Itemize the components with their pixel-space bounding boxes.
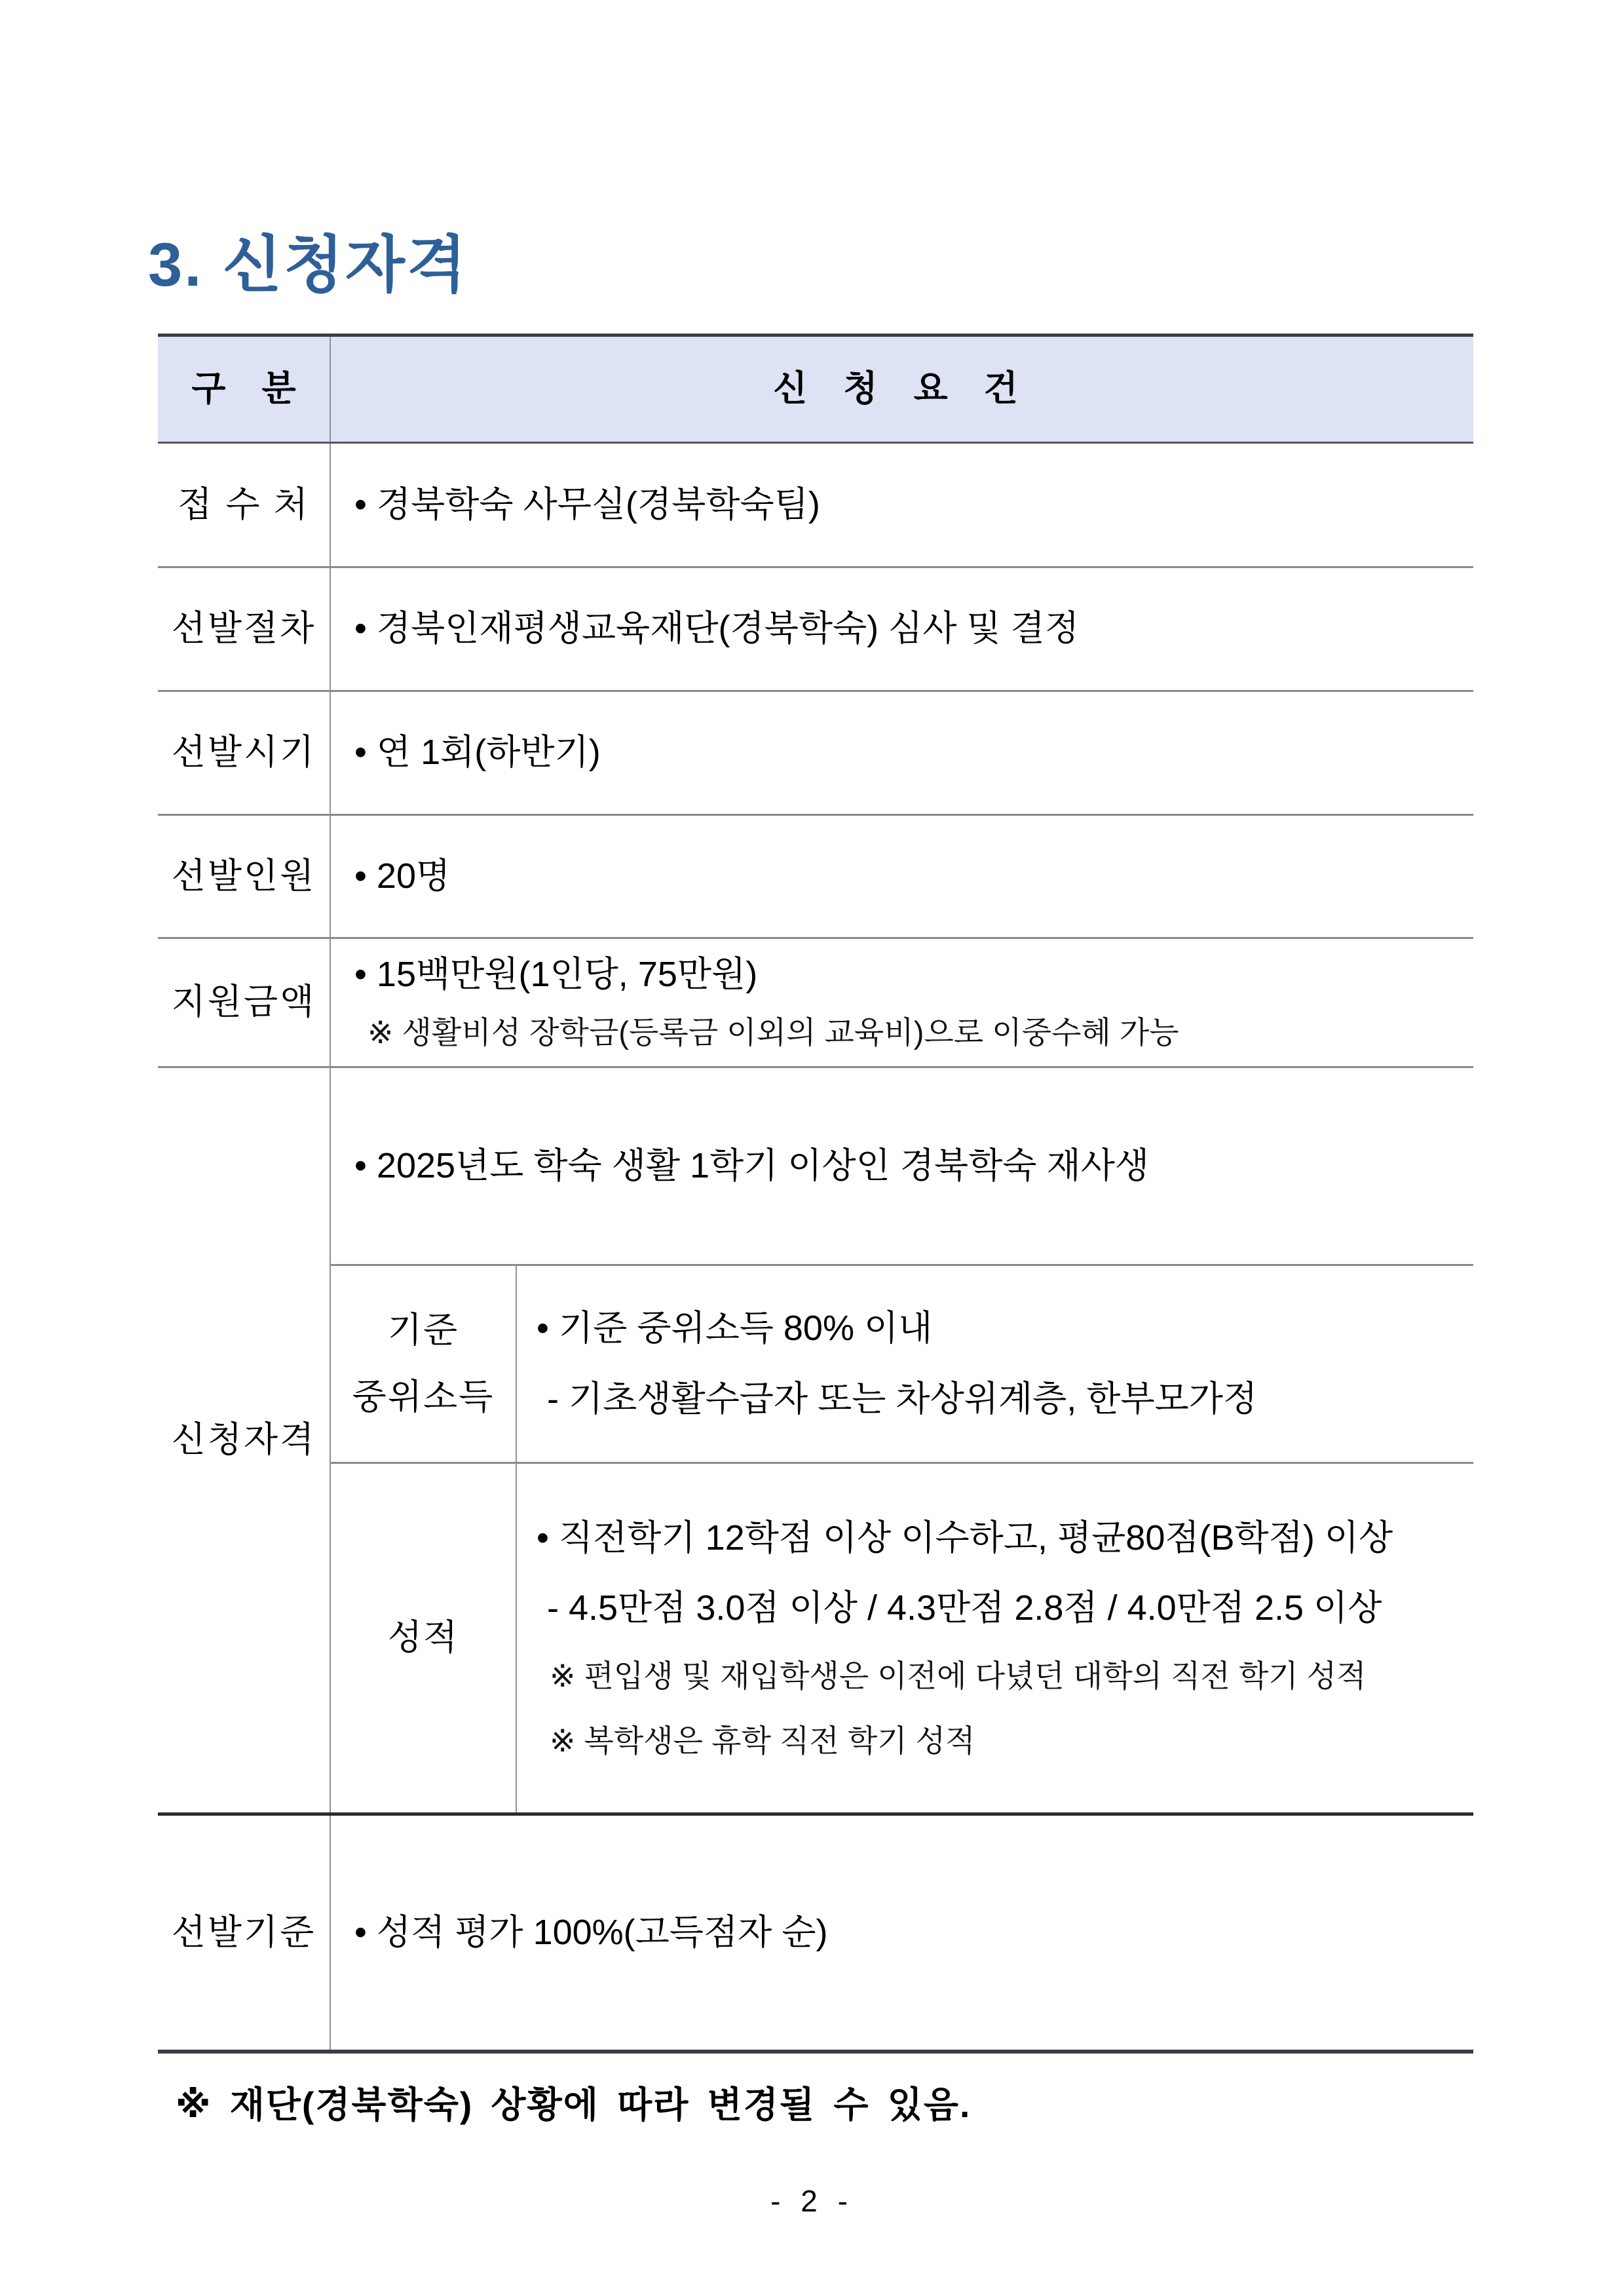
row-label-criteria: 선발기준 xyxy=(158,1816,331,2050)
reception-text: • 경북학숙 사무실(경북학숙팀) xyxy=(354,483,1460,527)
income-text-line1: • 기준 중위소득 80% 이내 xyxy=(537,1307,1463,1351)
table-row-eligibility: 신청자격 • 2025년도 학숙 생활 1학기 이상인 경북학숙 재사생 기준 … xyxy=(158,1068,1473,1816)
table-row-procedure: 선발절차 • 경북인재평생교육재단(경북학숙) 심사 및 결정 xyxy=(158,568,1473,692)
subrow-grade: 성적 • 직전학기 12학점 이상 이수하고, 평균80점(B학점) 이상 - … xyxy=(331,1464,1473,1812)
row-label-eligibility: 신청자격 xyxy=(158,1068,331,1812)
subrow-income-label: 기준 중위소득 xyxy=(331,1266,517,1463)
criteria-text: • 성적 평가 100%(고득점자 순) xyxy=(354,1911,1460,1955)
grade-text-line2: - 4.5만점 3.0점 이상 / 4.3만점 2.8점 / 4.0만점 2.5… xyxy=(547,1586,1463,1631)
table-row-timing: 선발시기 • 연 1회(하반기) xyxy=(158,692,1473,816)
row-content-reception: • 경북학숙 사무실(경북학숙팀) xyxy=(331,444,1473,566)
table-row-reception: 접 수 처 • 경북학숙 사무실(경북학숙팀) xyxy=(158,444,1473,568)
footnote: ※ 재단(경북학숙) 상황에 따라 변경될 수 있음. xyxy=(176,2076,971,2128)
procedure-text: • 경북인재평생교육재단(경북학숙) 심사 및 결정 xyxy=(354,607,1460,651)
row-content-criteria: • 성적 평가 100%(고득점자 순) xyxy=(331,1816,1473,2050)
row-label-headcount: 선발인원 xyxy=(158,816,331,937)
amount-text: • 15백만원(1인당, 75만원) xyxy=(354,953,1460,997)
header-requirement-cell: 신 청 요 건 xyxy=(331,337,1473,442)
subrow-grade-content: • 직전학기 12학점 이상 이수하고, 평균80점(B학점) 이상 - 4.5… xyxy=(517,1464,1473,1812)
table-row-headcount: 선발인원 • 20명 xyxy=(158,816,1473,939)
header-category-cell: 구 분 xyxy=(158,337,331,442)
row-label-reception: 접 수 처 xyxy=(158,444,331,566)
subrow-income: 기준 중위소득 • 기준 중위소득 80% 이내 - 기초생활수급자 또는 차상… xyxy=(331,1266,1473,1464)
grade-label-text: 성적 xyxy=(388,1616,459,1660)
row-content-amount: • 15백만원(1인당, 75만원) ※ 생활비성 장학금(등록금 이외의 교육… xyxy=(331,939,1473,1066)
grade-note2: ※ 복학생은 휴학 직전 학기 성적 xyxy=(550,1722,1463,1761)
table-header-row: 구 분 신 청 요 건 xyxy=(158,337,1473,444)
income-label-line1: 기준 xyxy=(388,1309,459,1353)
grade-text-line1: • 직전학기 12학점 이상 이수하고, 평균80점(B학점) 이상 xyxy=(537,1516,1463,1561)
header-requirement-text: 신 청 요 건 xyxy=(760,367,1031,411)
subrow-income-content: • 기준 중위소득 80% 이내 - 기초생활수급자 또는 차상위계층, 한부모… xyxy=(517,1266,1473,1463)
eligibility-section-body: • 2025년도 학숙 생활 1학기 이상인 경북학숙 재사생 기준 중위소득 … xyxy=(331,1068,1473,1812)
income-label-line2: 중위소득 xyxy=(352,1375,495,1420)
grade-note1: ※ 편입생 및 재입학생은 이전에 다녔던 대학의 직전 학기 성적 xyxy=(550,1657,1463,1696)
row-content-headcount: • 20명 xyxy=(331,816,1473,937)
table-row-amount: 지원금액 • 15백만원(1인당, 75만원) ※ 생활비성 장학금(등록금 이… xyxy=(158,939,1473,1068)
row-label-procedure: 선발절차 xyxy=(158,568,331,690)
eligibility-table: 구 분 신 청 요 건 접 수 처 • 경북학숙 사무실(경북학숙팀) 선발절차… xyxy=(158,334,1473,2054)
income-text-line2: - 기초생활수급자 또는 차상위계층, 한부모가정 xyxy=(547,1377,1463,1422)
page-title: 3. 신청자격 xyxy=(148,215,468,303)
headcount-text: • 20명 xyxy=(354,854,1460,899)
page-number: - 2 - xyxy=(0,2183,1624,2219)
subrow-grade-label: 성적 xyxy=(331,1464,517,1812)
table-row-criteria: 선발기준 • 성적 평가 100%(고득점자 순) xyxy=(158,1816,1473,2050)
amount-note: ※ 생활비성 장학금(등록금 이외의 교육비)으로 이중수혜 가능 xyxy=(368,1014,1460,1052)
eligibility-intro-cell: • 2025년도 학숙 생활 1학기 이상인 경북학숙 재사생 xyxy=(331,1068,1473,1266)
document-page: 3. 신청자격 구 분 신 청 요 건 접 수 처 • 경북학숙 사무실(경북학… xyxy=(0,0,1624,2296)
timing-text: • 연 1회(하반기) xyxy=(354,731,1460,775)
eligibility-intro-text: • 2025년도 학숙 생활 1학기 이상인 경북학숙 재사생 xyxy=(354,1144,1473,1189)
row-content-timing: • 연 1회(하반기) xyxy=(331,692,1473,814)
row-content-procedure: • 경북인재평생교육재단(경북학숙) 심사 및 결정 xyxy=(331,568,1473,690)
row-label-amount: 지원금액 xyxy=(158,939,331,1066)
row-label-timing: 선발시기 xyxy=(158,692,331,814)
